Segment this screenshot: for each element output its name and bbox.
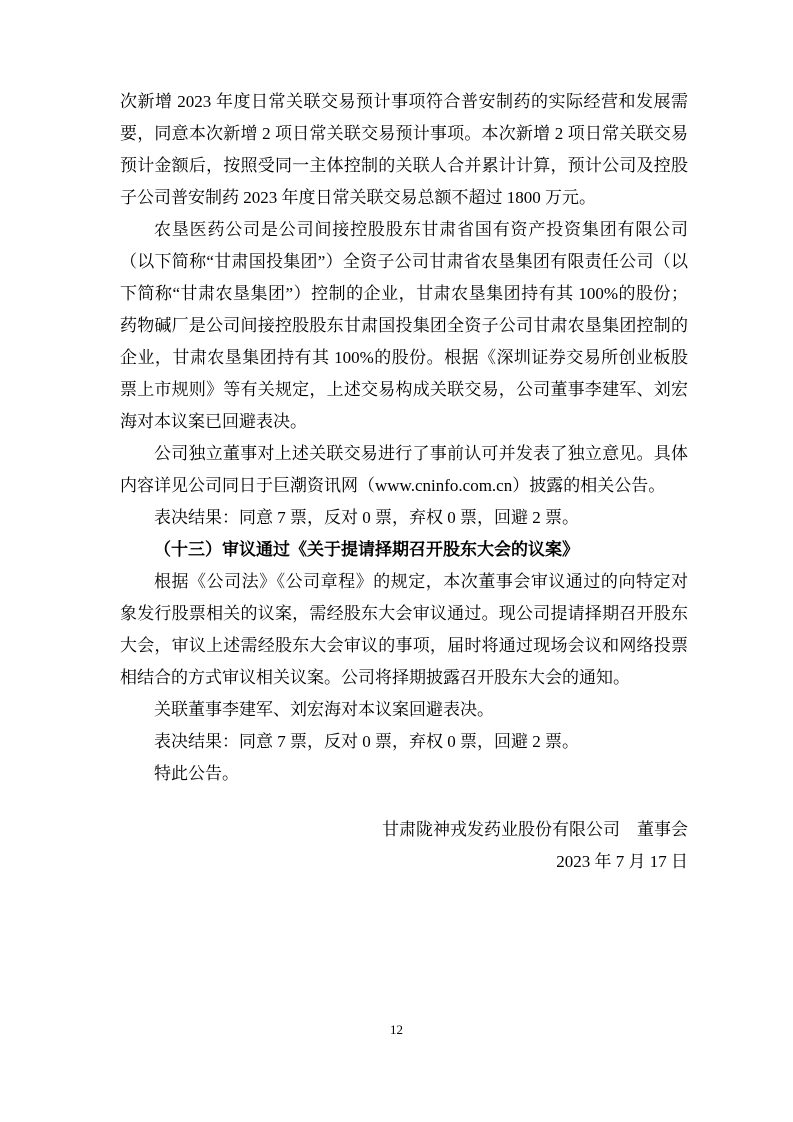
paragraph-abstaining-directors: 关联董事李建军、刘宏海对本议案回避表决。: [120, 694, 688, 726]
paragraph-vote-result-2: 表决结果：同意 7 票，反对 0 票，弃权 0 票，回避 2 票。: [120, 726, 688, 758]
paragraph-vote-result-1: 表决结果：同意 7 票，反对 0 票，弃权 0 票，回避 2 票。: [120, 502, 688, 534]
paragraph-independent-directors: 公司独立董事对上述关联交易进行了事前认可并发表了独立意见。具体内容详见公司同日于…: [120, 438, 688, 502]
document-page: 次新增 2023 年度日常关联交易预计事项符合普安制药的实际经营和发展需要，同意…: [0, 0, 793, 1122]
paragraph-related-party-background: 农垦医药公司是公司间接控股股东甘肃省国有资产投资集团有限公司（以下简称“甘肃国投…: [120, 214, 688, 438]
closing-statement: 特此公告。: [120, 758, 688, 790]
section-heading-item-13: （十三）审议通过《关于提请择期召开股东大会的议案》: [120, 534, 688, 566]
signature-date: 2023 年 7 月 17 日: [120, 846, 688, 878]
signature-company: 甘肃陇神戎发药业股份有限公司 董事会: [120, 814, 688, 846]
page-number: 12: [0, 1022, 793, 1038]
paragraph-shareholder-meeting: 根据《公司法》《公司章程》的规定，本次董事会审议通过的向特定对象发行股票相关的议…: [120, 566, 688, 694]
document-body: 次新增 2023 年度日常关联交易预计事项符合普安制药的实际经营和发展需要，同意…: [120, 86, 688, 878]
signature-block: 甘肃陇神戎发药业股份有限公司 董事会 2023 年 7 月 17 日: [120, 814, 688, 878]
paragraph-continuation: 次新增 2023 年度日常关联交易预计事项符合普安制药的实际经营和发展需要，同意…: [120, 86, 688, 214]
